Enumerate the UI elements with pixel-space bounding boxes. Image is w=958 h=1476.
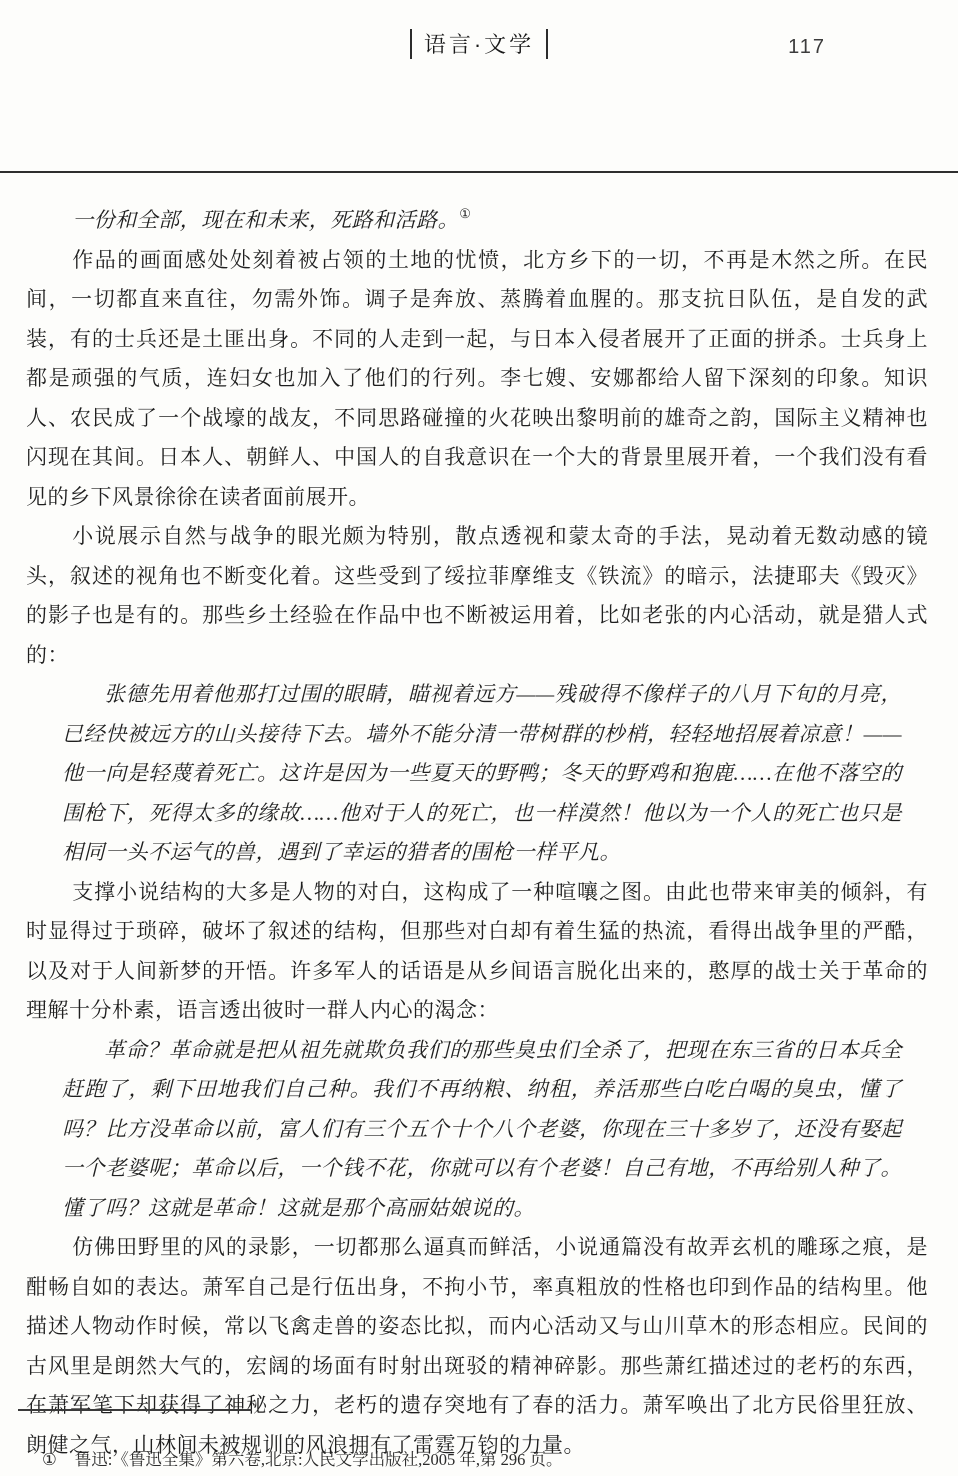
header-rule [0, 171, 958, 173]
block-quote: 张德先用着他那打过围的眼睛，瞄视着远方——残破得不像样子的八月下旬的月亮，已经快… [62, 675, 902, 873]
title-right-bar [546, 29, 548, 59]
lead-quote: 一份和全部，现在和未来，死路和活路。① [26, 201, 928, 241]
paragraph: 小说展示自然与战争的眼光颇为特别，散点透视和蒙太奇的手法，晃动着无数动感的镜头，… [26, 517, 928, 675]
section-title: 语言·文学 [412, 28, 546, 59]
footnote-divider [18, 1409, 252, 1411]
footnote-marker: ① [42, 1448, 57, 1472]
article-body: 一份和全部，现在和未来，死路和活路。①作品的画面感处处刻着被占领的土地的忧愤，北… [26, 201, 928, 1465]
paragraph: 作品的画面感处处刻着被占领的土地的忧愤，北方乡下的一切，不再是木然之所。在民间，… [26, 241, 928, 518]
footnote-ref: ① [459, 206, 471, 221]
footnote-text: 鲁迅:《鲁迅全集》第六卷,北京:人民文学出版社,2005 年,第 296 页。 [75, 1448, 563, 1472]
footnote: ① 鲁迅:《鲁迅全集》第六卷,北京:人民文学出版社,2005 年,第 296 页… [42, 1448, 932, 1472]
block-quote: 革命？革命就是把从祖先就欺负我们的那些臭虫们全杀了，把现在东三省的日本兵全赶跑了… [62, 1031, 902, 1229]
paragraph: 支撑小说结构的大多是人物的对白，这构成了一种喧嚷之图。由此也带来审美的倾斜，有时… [26, 873, 928, 1031]
page-number: 117 [788, 36, 826, 59]
paragraph: 仿佛田野里的风的录影，一切都那么逼真而鲜活，小说通篇没有故弄玄机的雕琢之痕，是酣… [26, 1228, 928, 1465]
journal-page: 语言·文学 117 一份和全部，现在和未来，死路和活路。①作品的画面感处处刻着被… [0, 0, 958, 1476]
